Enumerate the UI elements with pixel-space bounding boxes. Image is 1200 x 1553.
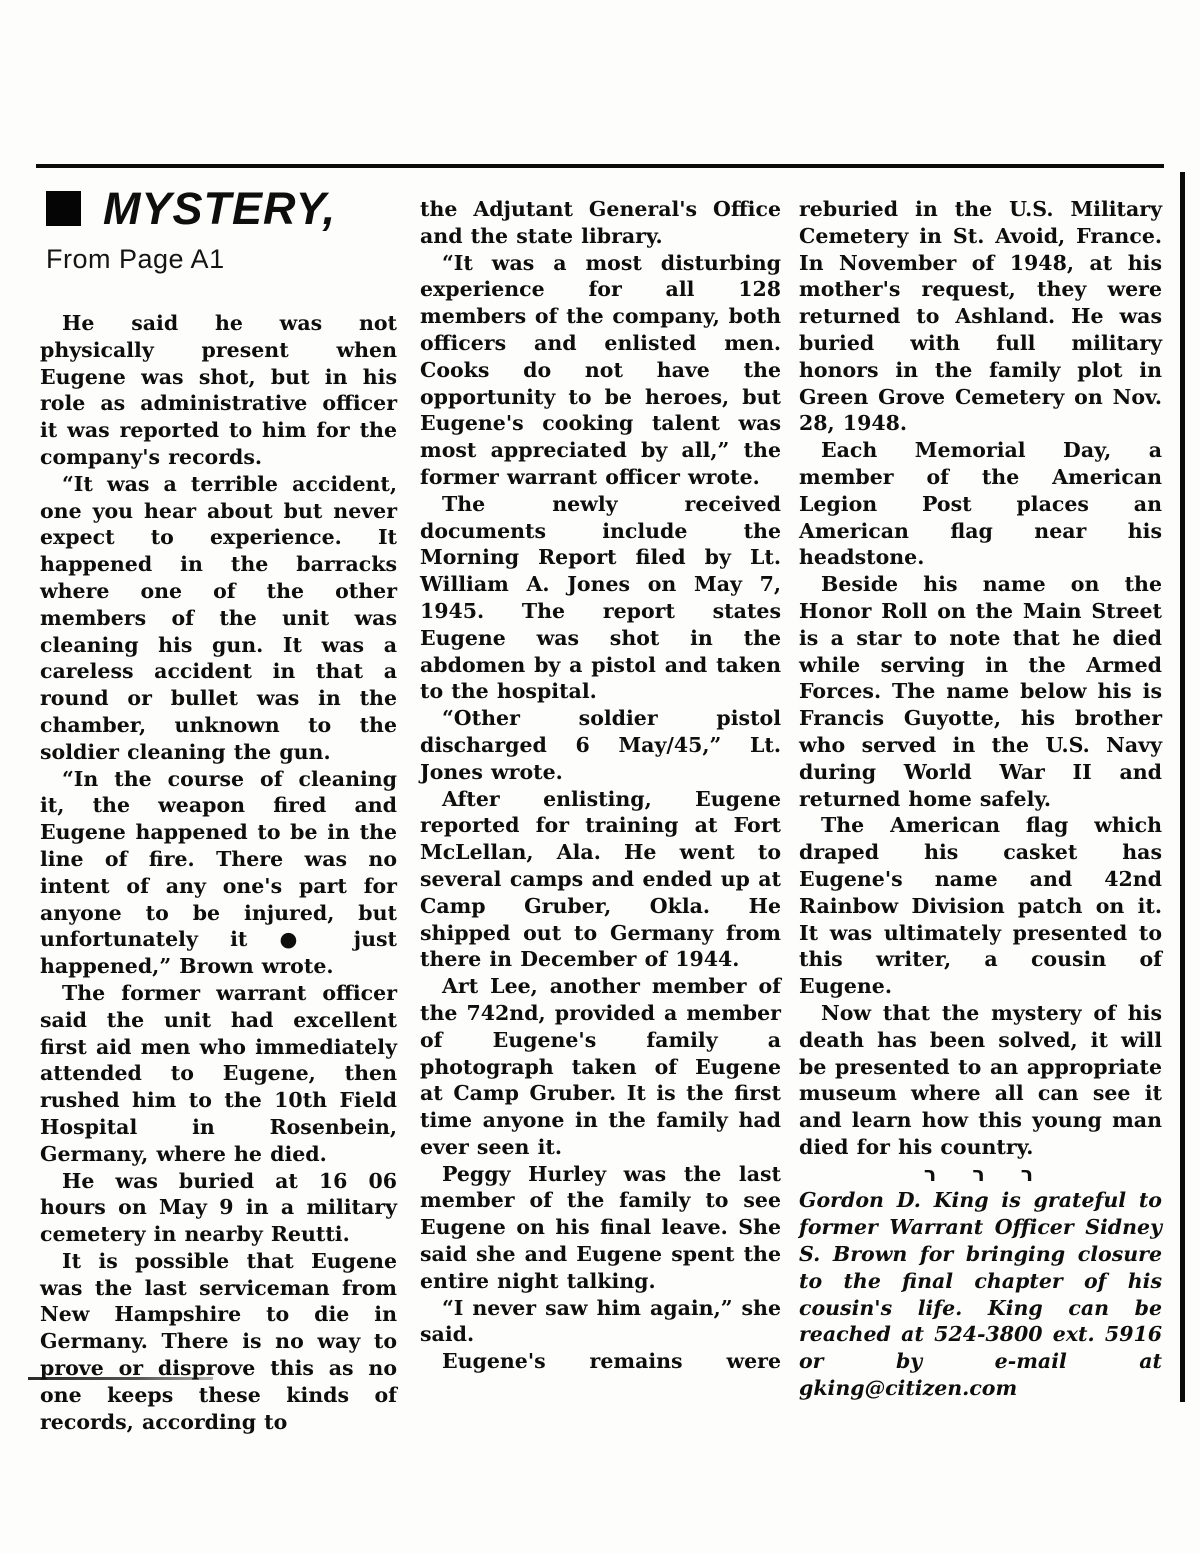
article-paragraph: Art Lee, another member of the 742nd, pr… xyxy=(420,973,781,1161)
article-paragraph: Peggy Hurley was the last member of the … xyxy=(420,1161,781,1295)
article-paragraph: The former warrant officer said the unit… xyxy=(40,980,397,1168)
article-paragraph: It is possible that Eugene was the last … xyxy=(40,1248,397,1436)
continuation-note: From Page A1 xyxy=(46,244,225,275)
article-paragraph: Now that the mystery of his death has be… xyxy=(799,1000,1162,1161)
article-paragraph: Each Memorial Day, a member of the Ameri… xyxy=(799,437,1162,571)
right-column-rule xyxy=(1180,172,1185,1402)
top-rule xyxy=(36,164,1164,168)
newspaper-clipping-page: MYSTERY, From Page A1 He said he was not… xyxy=(0,0,1200,1553)
article-paragraph: He was buried at 16 06 hours on May 9 in… xyxy=(40,1168,397,1248)
article-paragraph: “Other soldier pistol discharged 6 May/4… xyxy=(420,705,781,785)
article-paragraph: Beside his name on the Honor Roll on the… xyxy=(799,571,1162,812)
end-of-article-ornament: ר ר ר xyxy=(799,1161,1162,1188)
article-paragraph: The American flag which draped his caske… xyxy=(799,812,1162,1000)
author-tagline: Gordon D. King is grateful to former War… xyxy=(799,1187,1162,1401)
article-paragraph: reburied in the U.S. Military Cemetery i… xyxy=(799,196,1162,437)
article-paragraph: He said he was not physically present wh… xyxy=(40,310,397,471)
article-paragraph: “It was a most disturbing experience for… xyxy=(420,250,781,491)
article-column-3: reburied in the U.S. Military Cemetery i… xyxy=(799,196,1162,1402)
article-paragraph: “It was a terrible accident, one you hea… xyxy=(40,471,397,766)
article-paragraph: Eugene's remains were xyxy=(420,1348,781,1375)
article-paragraph: After enlisting, Eugene reported for tra… xyxy=(420,786,781,974)
article-paragraph: The newly received documents include the… xyxy=(420,491,781,705)
article-paragraph: the Adjutant General's Office and the st… xyxy=(420,196,781,250)
article-title: MYSTERY, xyxy=(103,186,336,231)
article-header: MYSTERY, xyxy=(46,186,336,231)
article-paragraph: “I never saw him again,” she said. xyxy=(420,1295,781,1349)
article-column-1: He said he was not physically present wh… xyxy=(40,310,397,1435)
article-column-2: the Adjutant General's Office and the st… xyxy=(420,196,781,1375)
article-paragraph: “In the course of cleaning it, the weapo… xyxy=(40,766,397,980)
section-square-icon xyxy=(46,191,81,226)
